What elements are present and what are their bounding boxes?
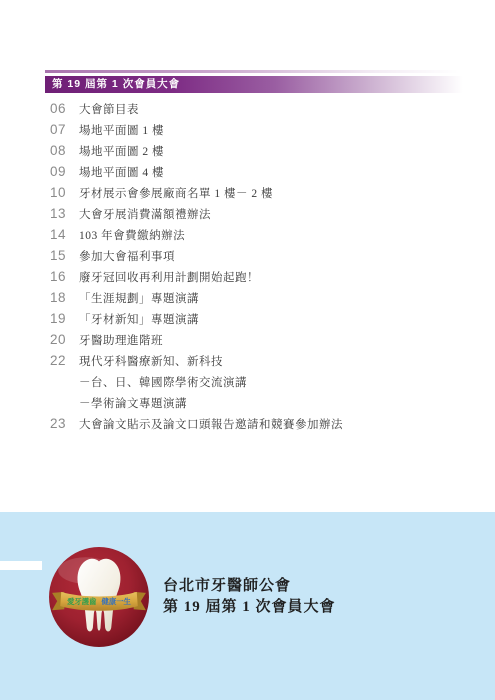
toc-entry-title: 廢牙冠回收再利用計劃開始起跑！ bbox=[79, 269, 259, 285]
ribbon-slogan-right: 健康一生 bbox=[101, 597, 132, 606]
footer-caption: 台北市牙醫師公會 第 19 屆第 1 次會員大會 bbox=[163, 576, 336, 618]
toc-page-number: 22 bbox=[50, 353, 71, 368]
toc-sub-entry-title: －學術論文專題演講 bbox=[79, 395, 187, 411]
toc-entry: 08場地平面圖 2 樓 bbox=[50, 143, 450, 164]
toc-entry: 14103 年會費繳納辦法 bbox=[50, 227, 450, 248]
toc-page-number: 08 bbox=[50, 143, 71, 158]
tooth-badge-icon: 愛牙護齒 健康一生 bbox=[48, 546, 150, 648]
toc-list: 06大會節目表07場地平面圖 1 樓08場地平面圖 2 樓09場地平面圖 4 樓… bbox=[50, 101, 450, 437]
toc-entry-title: 參加大會福利事項 bbox=[79, 248, 175, 264]
toc-entry-title: 牙醫助理進階班 bbox=[79, 332, 163, 348]
toc-page-number: 16 bbox=[50, 269, 71, 284]
ribbon-slogan-left: 愛牙護齒 bbox=[67, 597, 97, 606]
header-accent-strip bbox=[45, 70, 459, 73]
toc-page-number: 13 bbox=[50, 206, 71, 221]
toc-entry: 13大會牙展消費滿額禮辦法 bbox=[50, 206, 450, 227]
toc-entry-title: 「牙材新知」專題演講 bbox=[79, 311, 199, 327]
toc-entry-title: 牙材展示會參展廠商名單 1 樓－ 2 樓 bbox=[79, 185, 273, 201]
toc-page-number: 06 bbox=[50, 101, 71, 116]
header-title-bar: 第 19 屆第 1 次會員大會 bbox=[45, 76, 463, 93]
footer-event-name: 第 19 屆第 1 次會員大會 bbox=[163, 597, 336, 618]
toc-entry: 16廢牙冠回收再利用計劃開始起跑！ bbox=[50, 269, 450, 290]
toc-page-number: 20 bbox=[50, 332, 71, 347]
toc-entry-title: 場地平面圖 2 樓 bbox=[79, 143, 164, 159]
toc-entry: 09場地平面圖 4 樓 bbox=[50, 164, 450, 185]
footer-org-name: 台北市牙醫師公會 bbox=[163, 576, 336, 597]
toc-entry: 06大會節目表 bbox=[50, 101, 450, 122]
toc-page-number: 15 bbox=[50, 248, 71, 263]
toc-entry: 15參加大會福利事項 bbox=[50, 248, 450, 269]
toc-entry-title: 大會牙展消費滿額禮辦法 bbox=[79, 206, 211, 222]
page-edge-tab bbox=[0, 561, 42, 570]
toc-entry: 07場地平面圖 1 樓 bbox=[50, 122, 450, 143]
document-page: 第 19 屆第 1 次會員大會 06大會節目表07場地平面圖 1 樓08場地平面… bbox=[0, 0, 495, 700]
toc-page-number: 19 bbox=[50, 311, 71, 326]
toc-entry-title: 場地平面圖 4 樓 bbox=[79, 164, 164, 180]
header-title: 第 19 屆第 1 次會員大會 bbox=[52, 78, 180, 90]
association-logo: 愛牙護齒 健康一生 bbox=[48, 546, 150, 648]
toc-entry: 19「牙材新知」專題演講 bbox=[50, 311, 450, 332]
toc-entry-title: 大會節目表 bbox=[79, 101, 139, 117]
toc-page-number: 07 bbox=[50, 122, 71, 137]
toc-entry-title: 現代牙科醫療新知、新科技 bbox=[79, 353, 223, 369]
toc-entry: 22現代牙科醫療新知、新科技 bbox=[50, 353, 450, 374]
toc-page-number: 14 bbox=[50, 227, 71, 242]
toc-entry: 18「生涯規劃」專題演講 bbox=[50, 290, 450, 311]
section-header: 第 19 屆第 1 次會員大會 bbox=[45, 70, 463, 93]
toc-page-number: 18 bbox=[50, 290, 71, 305]
toc-entry: 20牙醫助理進階班 bbox=[50, 332, 450, 353]
toc-entry-title: 「生涯規劃」專題演講 bbox=[79, 290, 199, 306]
toc-sub-entry-title: －台、日、韓國際學術交流演講 bbox=[79, 374, 247, 390]
toc-page-number: 23 bbox=[50, 416, 71, 431]
toc-entry: 23大會論文貼示及論文口頭報告邀請和競賽參加辦法 bbox=[50, 416, 450, 437]
toc-entry: 10牙材展示會參展廠商名單 1 樓－ 2 樓 bbox=[50, 185, 450, 206]
toc-entry-title: 大會論文貼示及論文口頭報告邀請和競賽參加辦法 bbox=[79, 416, 343, 432]
toc-page-number: 10 bbox=[50, 185, 71, 200]
toc-entry-title: 場地平面圖 1 樓 bbox=[79, 122, 164, 138]
toc-entry-title: 103 年會費繳納辦法 bbox=[79, 227, 185, 243]
toc-sub-entry: －學術論文專題演講 bbox=[50, 395, 450, 416]
toc-sub-entry: －台、日、韓國際學術交流演講 bbox=[50, 374, 450, 395]
toc-page-number: 09 bbox=[50, 164, 71, 179]
